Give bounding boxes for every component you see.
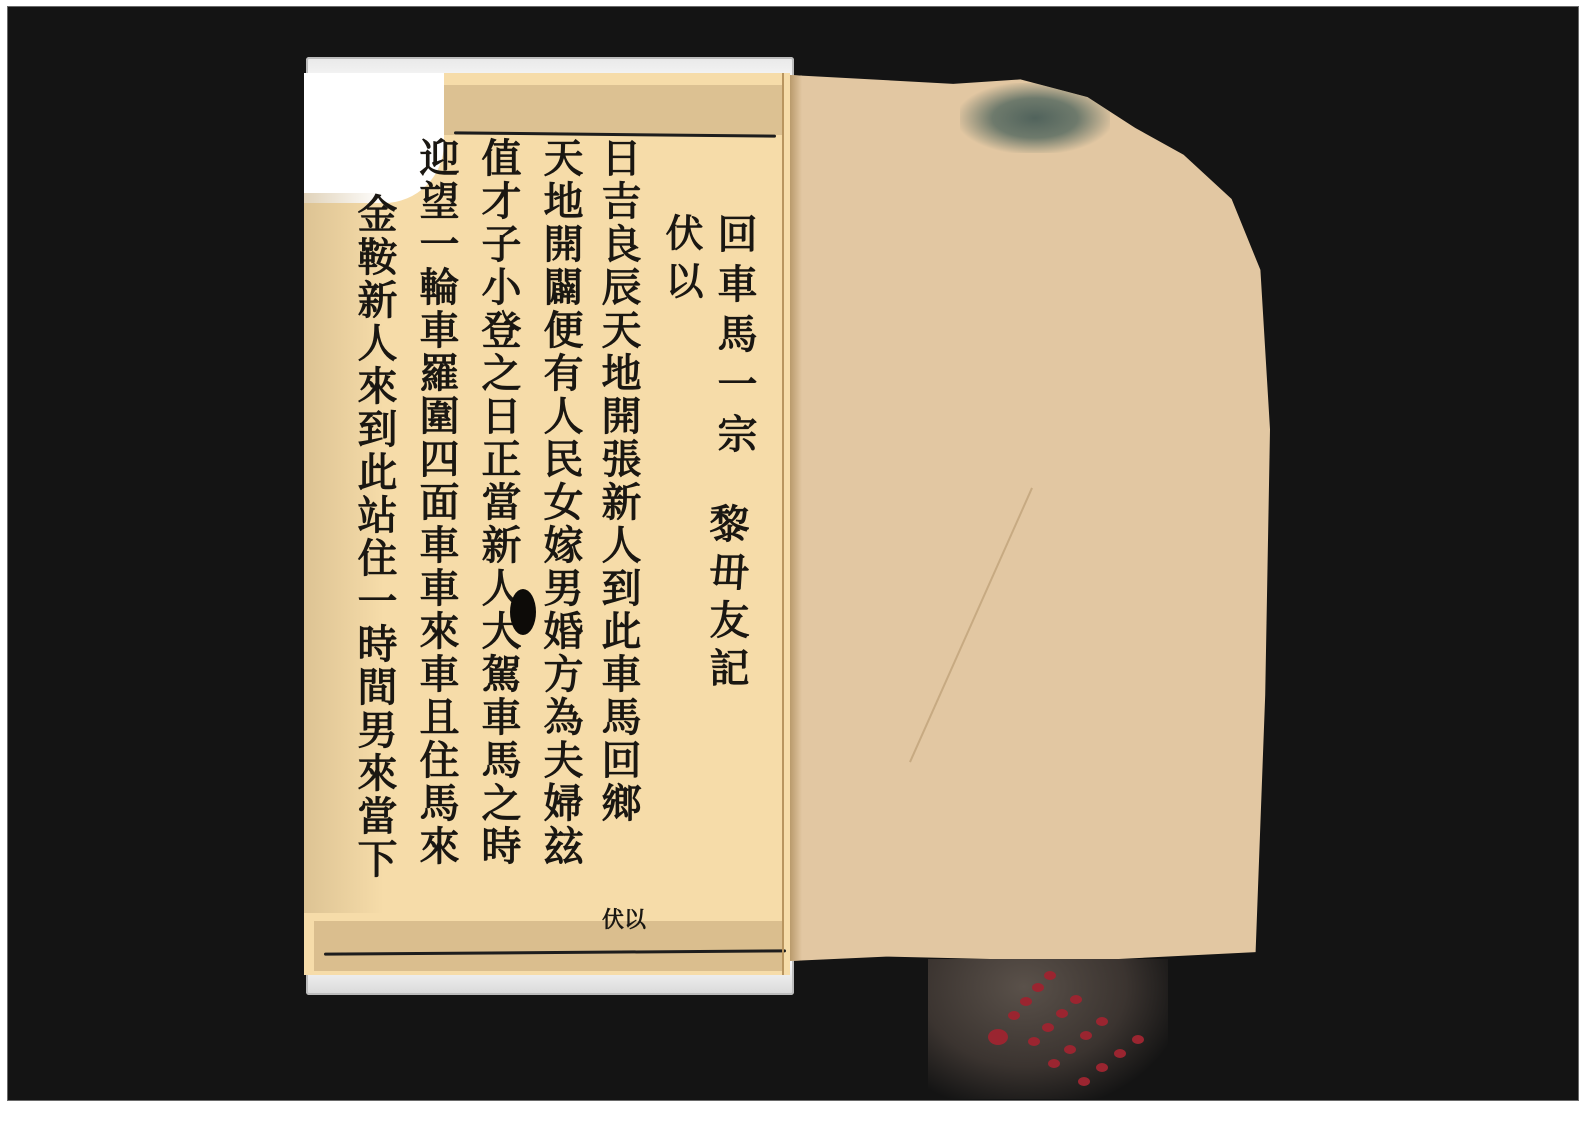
bead-icon [1070, 995, 1082, 1004]
bead-icon [1078, 1077, 1090, 1086]
paper-crease [909, 488, 1033, 763]
section-title: 回車馬一宗 [714, 213, 754, 463]
water-stain-top [444, 85, 784, 135]
text-column-3: 值才子小登之日正當新人大駕車馬之時 [478, 137, 518, 868]
hand-with-bead-bracelet [928, 959, 1168, 1099]
opening-phrase: 伏以 [662, 213, 700, 309]
right-page [790, 75, 1270, 961]
bead-icon [1008, 1011, 1020, 1020]
scan-frame: 回車馬一宗 黎毌友記 伏以 日吉良辰天地開張新人到此車馬回鄉 天地開闢便有人民女… [7, 6, 1579, 1101]
ink-blot [510, 589, 536, 635]
bead-icon [1056, 1009, 1068, 1018]
bead-icon [1080, 1031, 1092, 1040]
bead-icon [1028, 1037, 1040, 1046]
text-column-5: 金鞍新人來到此站住一時間男來當下 [354, 193, 394, 881]
bead-icon [1042, 1023, 1054, 1032]
bead-icon [1064, 1045, 1076, 1054]
bead-icon [1020, 997, 1032, 1006]
water-stain-bottom [314, 921, 784, 971]
bead-icon [988, 1029, 1008, 1045]
text-column-1: 日吉良辰天地開張新人到此車馬回鄉 [598, 137, 638, 825]
left-page: 回車馬一宗 黎毌友記 伏以 日吉良辰天地開張新人到此車馬回鄉 天地開闢便有人民女… [304, 73, 790, 975]
bead-icon [1132, 1035, 1144, 1044]
gutter-shadow [790, 75, 802, 961]
text-column-4: 迎望一輪車羅圍四面車車來車且住馬來 [416, 137, 456, 868]
inline-note: 伏以 [602, 903, 646, 934]
bead-icon [1048, 1059, 1060, 1068]
bead-icon [1096, 1017, 1108, 1026]
author-note: 黎毌友記 [706, 503, 746, 695]
spine-edge [782, 73, 784, 975]
bead-icon [1096, 1063, 1108, 1072]
bead-icon [1032, 983, 1044, 992]
bead-icon [1114, 1049, 1126, 1058]
mold-stain [960, 83, 1110, 153]
bead-icon [1044, 971, 1056, 980]
text-column-2: 天地開闢便有人民女嫁男婚方為夫婦玆 [540, 137, 580, 868]
